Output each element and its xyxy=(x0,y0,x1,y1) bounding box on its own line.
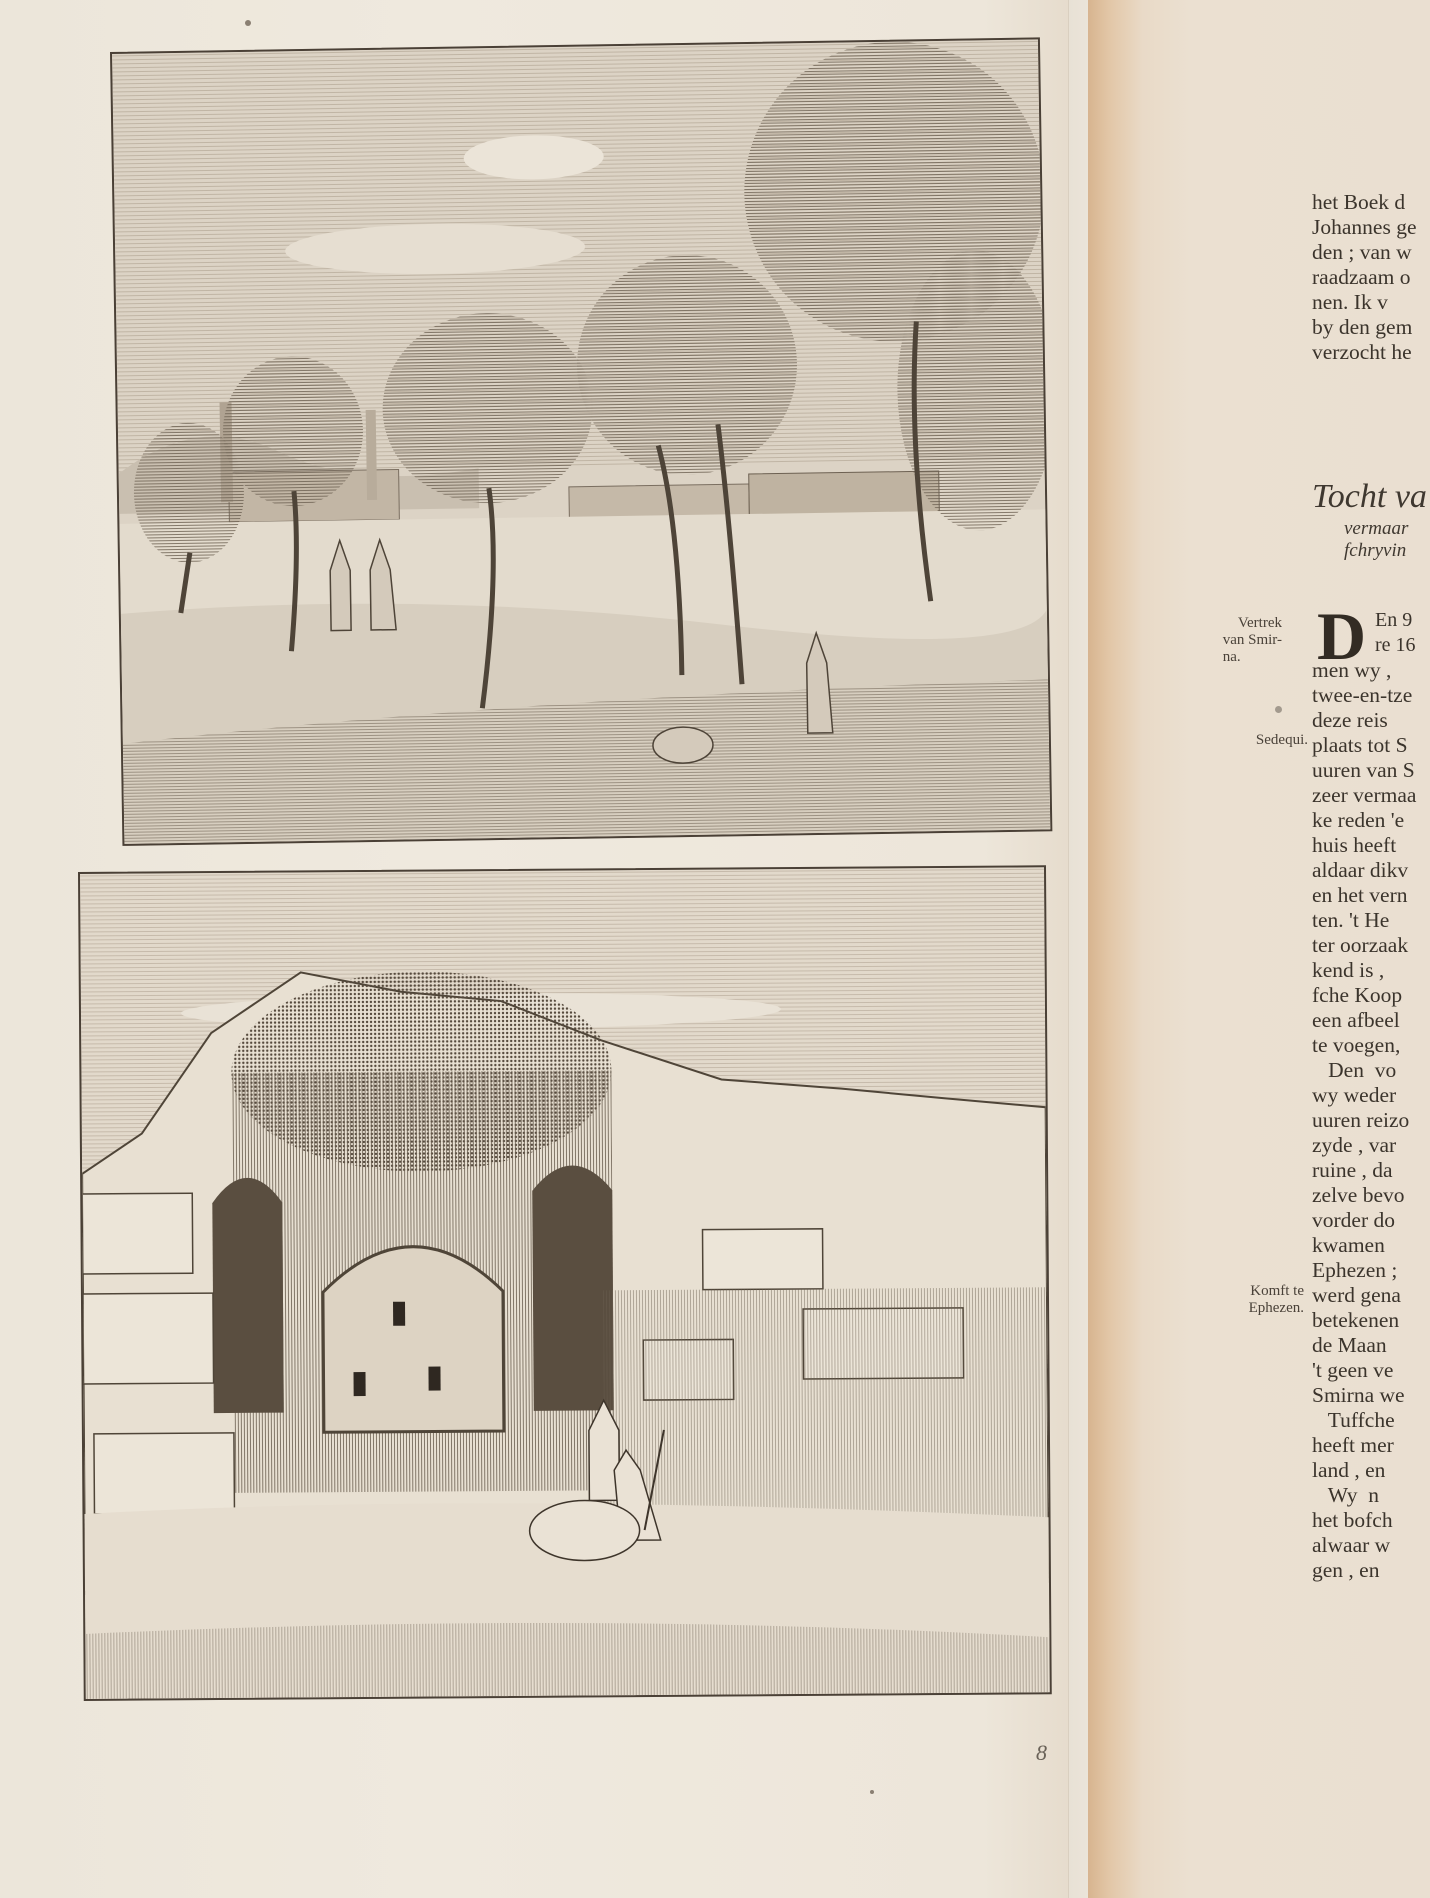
ruins-illustration xyxy=(80,867,1050,1699)
text-line: Johannes ge xyxy=(1312,215,1430,240)
text-line: uuren van S xyxy=(1312,757,1430,782)
text-line: het bofch xyxy=(1312,1507,1430,1532)
text-line: kwamen xyxy=(1312,1232,1430,1257)
page-edge xyxy=(1068,0,1089,1898)
text-line: de Maan xyxy=(1312,1332,1430,1357)
text-line: Den vo xyxy=(1312,1057,1430,1082)
text-line: ter oorzaak xyxy=(1312,932,1430,957)
text-line: Ephezen ; xyxy=(1312,1257,1430,1282)
paper-speck xyxy=(245,20,251,26)
text-line: re 16 xyxy=(1375,633,1430,658)
text-line: gen , en xyxy=(1312,1557,1430,1582)
subtitle-line: vermaar xyxy=(1344,518,1408,540)
text-line: plaats tot S xyxy=(1312,732,1430,757)
text-line: uuren reizo xyxy=(1312,1107,1430,1132)
text-line: vorder do xyxy=(1312,1207,1430,1232)
body-text: men wy , twee-en-tze deze reis plaats to… xyxy=(1312,657,1430,1582)
text-line: betekenen xyxy=(1312,1307,1430,1332)
text-line: zyde , var xyxy=(1312,1132,1430,1157)
landscape-illustration xyxy=(112,39,1050,843)
margin-note-ephezen: Komft te Ephezen. xyxy=(1249,1283,1304,1317)
text-line: en het vern xyxy=(1312,882,1430,907)
text-line: kend is , xyxy=(1312,957,1430,982)
text-line: nen. Ik v xyxy=(1312,290,1430,315)
text-line: land , en xyxy=(1312,1457,1430,1482)
text-line: Wy n xyxy=(1312,1482,1430,1507)
text-line: verzocht he xyxy=(1312,340,1430,365)
text-line: werd gena xyxy=(1312,1282,1430,1307)
margin-note-vertrek: Vertrek van Smir- na. xyxy=(1223,615,1282,666)
intro-paragraph: het Boek d Johannes ge den ; van w raadz… xyxy=(1312,190,1430,365)
note-line: na. xyxy=(1223,649,1282,666)
note-line: Ephezen. xyxy=(1249,1300,1304,1317)
text-line: den ; van w xyxy=(1312,240,1430,265)
text-line: fche Koop xyxy=(1312,982,1430,1007)
text-line: raadzaam o xyxy=(1312,265,1430,290)
text-line: alwaar w xyxy=(1312,1532,1430,1557)
first-lines: En 9 re 16 xyxy=(1375,608,1430,658)
note-line: Komft te xyxy=(1249,1283,1304,1300)
margin-note-sedequi: Sedequi. xyxy=(1256,732,1308,749)
text-line: te voegen, xyxy=(1312,1032,1430,1057)
text-line: huis heeft xyxy=(1312,832,1430,857)
text-line: zelve bevo xyxy=(1312,1182,1430,1207)
text-line: by den gem xyxy=(1312,315,1430,340)
text-line: zeer vermaa xyxy=(1312,782,1430,807)
text-line: ten. 't He xyxy=(1312,907,1430,932)
note-line: Vertrek xyxy=(1223,615,1282,632)
text-line: ruine , da xyxy=(1312,1157,1430,1182)
text-line: men wy , xyxy=(1312,657,1430,682)
text-line: En 9 xyxy=(1375,608,1430,633)
text-line: 't geen ve xyxy=(1312,1357,1430,1382)
engraving-ruins xyxy=(78,865,1052,1701)
note-line: Sedequi. xyxy=(1256,732,1308,749)
text-line: Smirna we xyxy=(1312,1382,1430,1407)
note-line: van Smir- xyxy=(1223,632,1282,649)
text-line: aldaar dikv xyxy=(1312,857,1430,882)
subtitle-line: fchryvin xyxy=(1344,540,1408,562)
text-line: heeft mer xyxy=(1312,1432,1430,1457)
text-line: het Boek d xyxy=(1312,190,1430,215)
paper-speck xyxy=(1275,706,1282,713)
text-line: ke reden 'e xyxy=(1312,807,1430,832)
text-line: Tuffche xyxy=(1312,1407,1430,1432)
engraving-landscape xyxy=(110,37,1052,846)
paper-speck xyxy=(870,1790,874,1794)
text-line: een afbeel xyxy=(1312,1007,1430,1032)
text-line: wy weder xyxy=(1312,1082,1430,1107)
text-line: deze reis xyxy=(1312,707,1430,732)
chapter-subtitle: vermaar fchryvin xyxy=(1344,518,1408,562)
text-line: twee-en-tze xyxy=(1312,682,1430,707)
page-number: 8 xyxy=(1036,1740,1047,1766)
chapter-title: Tocht va xyxy=(1312,478,1427,516)
